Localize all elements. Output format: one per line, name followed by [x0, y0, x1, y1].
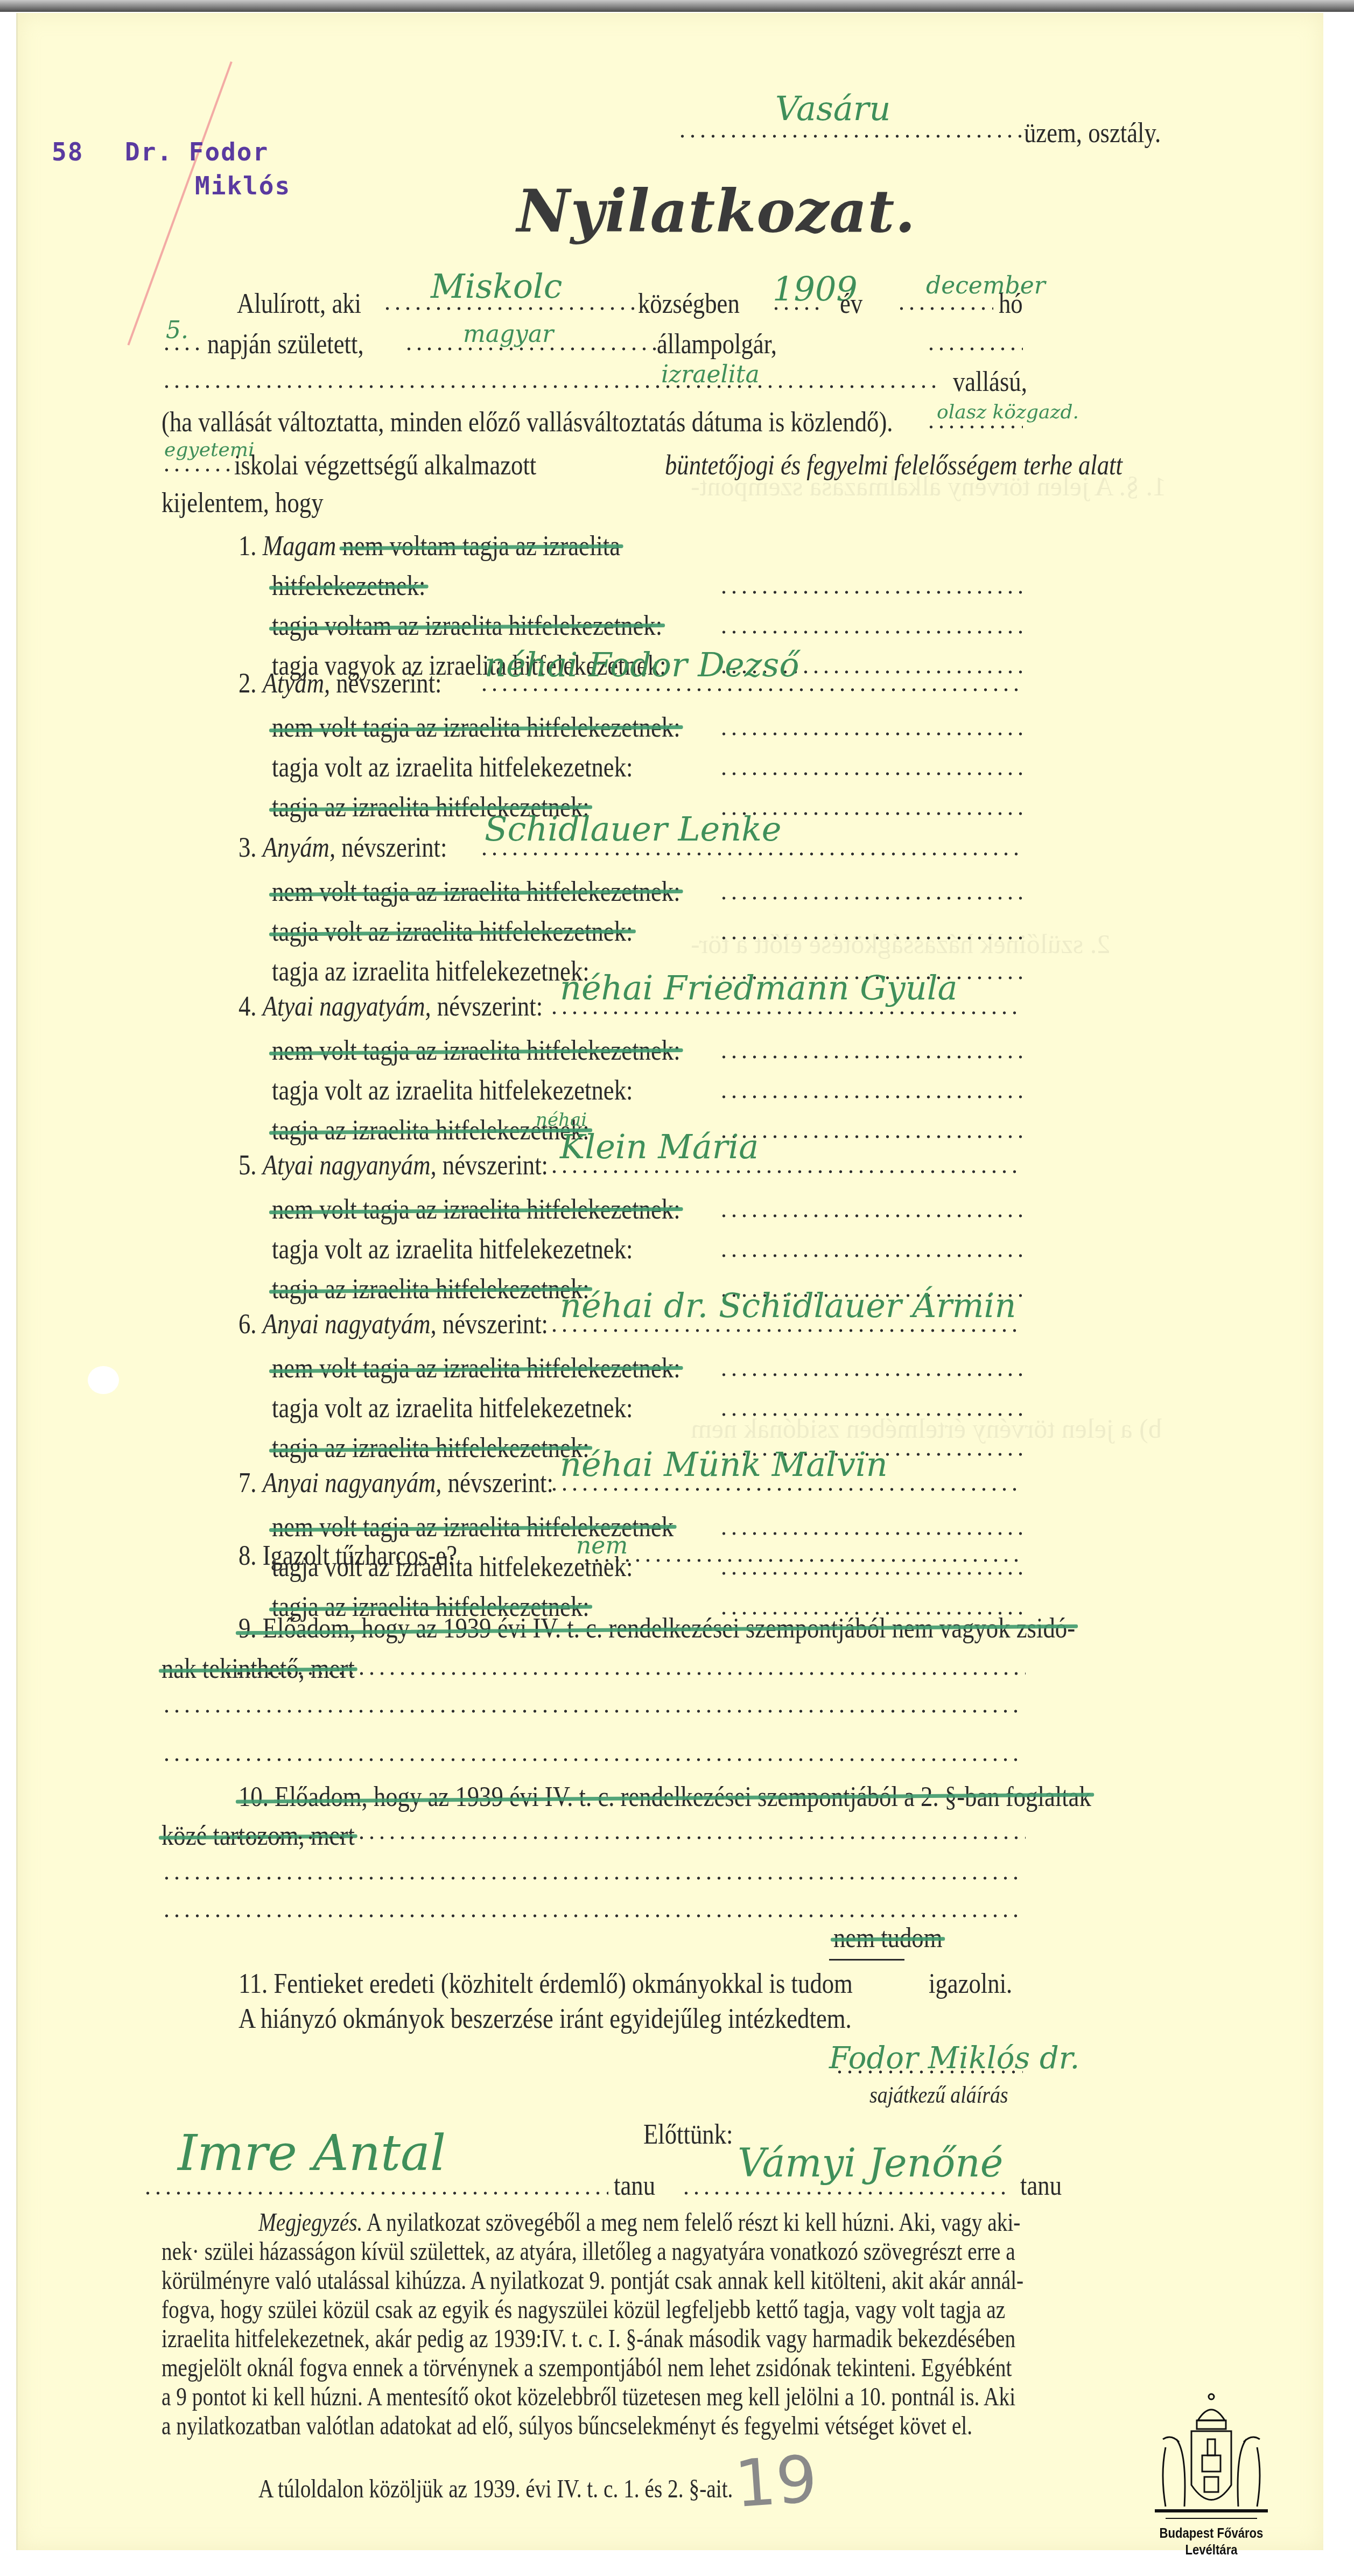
note-line-0: Megjegyzés. A nyilatkozat szövegéből a m…: [258, 2208, 1020, 2237]
item11-text: 11. Fentieket eredeti (közhitelt érdemlő…: [238, 1968, 853, 2000]
dotline: [479, 852, 1023, 856]
dotline: [549, 1170, 1023, 1173]
dotline: [549, 1011, 1023, 1014]
item11-struck-option: nem tudom: [833, 1922, 942, 1954]
item-option: nem voltam tagja az izraelita: [342, 530, 621, 562]
education-field-part1[interactable]: olasz közgazd.: [937, 401, 1079, 423]
scanner-edge: [0, 0, 1354, 12]
dotline: [719, 897, 1023, 900]
label-kozsegben: községben: [638, 288, 740, 320]
dotline: [719, 1413, 1023, 1416]
item-option-row: tagja volt az izraelita hitfelekezetnek:: [272, 916, 633, 948]
label-allampolgar: állampolgár,: [657, 328, 777, 360]
item11-line2: A hiányzó okmányok beszerzése iránt egyi…: [238, 2003, 852, 2035]
dotline: [162, 1710, 1023, 1713]
dotline: [719, 1095, 1023, 1098]
dotline: [719, 732, 1023, 736]
item-option: nem volt tagja az izraelita hitfelekezet…: [272, 1353, 680, 1384]
item10-line1: 10. Előadom, hogy az 1939 évi IV. t. c. …: [238, 1781, 1091, 1813]
item-option-row: nem volt tagja az izraelita hitfelekezet…: [272, 876, 680, 908]
item9-struck-text: 9. Előadom, hogy az 1939 évi IV. t. c. r…: [238, 1613, 1075, 1644]
item11-text-after: igazolni.: [929, 1968, 1012, 2000]
item-heading: 6. Anyai nagyatyám, névszerint:: [238, 1308, 548, 1340]
dotline: [719, 1572, 1023, 1575]
name-label: névszerint:: [336, 668, 441, 699]
department-label: üzem, osztály.: [1024, 117, 1161, 149]
label-alulirott: Alulírott, aki: [237, 288, 361, 320]
item-option-row: tagja volt az izraelita hitfelekezetnek:: [272, 1392, 633, 1424]
name-field[interactable]: Klein Mária: [560, 1127, 759, 1166]
option-underline: [829, 1959, 904, 1961]
dotline: [719, 1135, 1023, 1138]
item-heading: 7. Anyai nagyanyám, névszerint:: [238, 1467, 553, 1499]
name-field[interactable]: néhai Friedmann Gyula: [560, 968, 958, 1007]
item-option: tagja voltam az izraelita hitfelekezetne…: [272, 610, 662, 642]
item-number: 7.: [238, 1468, 257, 1499]
dotline: [162, 1758, 1023, 1761]
file-number: 58: [52, 137, 83, 166]
label-vallasu: vallású,: [953, 366, 1027, 398]
item-option: hitfelekezetnek:: [272, 570, 426, 602]
birth-day-field[interactable]: 5.: [166, 317, 188, 344]
name-field[interactable]: Schidlauer Lenke: [485, 809, 781, 849]
dotline: [143, 2192, 608, 2195]
item8-label: 8. Igazolt tűzharcos-e?: [238, 1540, 457, 1572]
dotline: [719, 1532, 1023, 1535]
note-line: fogva, hogy szülei közül csak az egyik é…: [162, 2295, 1005, 2325]
item-relation: Anyai nagyanyám,: [263, 1468, 442, 1499]
citizenship-field[interactable]: magyar: [463, 320, 553, 348]
department-dotline: [677, 135, 1022, 138]
dotline: [549, 1488, 1023, 1491]
label-iskolai: iskolai végzettségű alkalmazott: [234, 450, 536, 481]
item-option-row: nem volt tagja az izraelita hitfelekezet…: [272, 1035, 680, 1067]
birthplace-field[interactable]: Miskolc: [431, 267, 563, 306]
name-label: névszerint:: [437, 991, 543, 1022]
dotline: [719, 631, 1023, 634]
note-line: nek· szülei házasságon kívül születtek, …: [162, 2237, 1015, 2266]
item-option-row: nem volt tagja az izraelita hitfelekezet…: [272, 1194, 680, 1226]
religion-change-note: (ha vallását változtatta, minden előző v…: [162, 407, 893, 438]
item-relation: Anyám,: [263, 832, 335, 863]
bleed-through-text: 2. szülőinek házasságkötése előtt a tör-: [691, 928, 1110, 960]
witness2-label: tanu: [1020, 2170, 1062, 2202]
item-option-row: nem volt tagja az izraelita hitfelekezet…: [272, 1353, 680, 1384]
dotline: [719, 772, 1023, 775]
dotline: [834, 2070, 1023, 2074]
item-relation: Atyai nagyanyám,: [263, 1150, 437, 1181]
item-relation: Atyai nagyatyám,: [263, 991, 431, 1022]
page-number: 19: [732, 2442, 819, 2522]
dotline: [719, 1373, 1023, 1376]
label-napjan: napján született,: [207, 328, 364, 360]
item-option: tagja volt az izraelita hitfelekezetnek:: [272, 1234, 633, 1265]
witness1-signature[interactable]: Imre Antal: [178, 2124, 446, 2182]
note-line: a nyilatkozatban valótlan adatokat ad el…: [162, 2411, 972, 2441]
note-line: körülményre való utalással kihúzza. A ny…: [162, 2266, 1023, 2295]
dotline: [681, 2192, 1012, 2195]
dotline: [223, 1836, 1026, 1839]
note-label: Megjegyzés.: [258, 2208, 362, 2237]
item-option: tagja volt az izraelita hitfelekezetnek:: [272, 916, 633, 948]
dotline: [479, 688, 1023, 691]
dotline: [162, 385, 942, 388]
item-option-row: hitfelekezetnek:: [272, 570, 426, 602]
dotline: [162, 1914, 1023, 1917]
dotline: [719, 591, 1023, 594]
dotline: [926, 425, 1023, 429]
label-kijelentem: kijelentem, hogy: [162, 487, 324, 519]
birth-month-field[interactable]: december: [926, 272, 1046, 299]
label-responsibility: büntetőjogi és fegyelmi felelősségem ter…: [665, 450, 1123, 481]
note-line: izraelita hitfelekezetnek, akár pedig az…: [162, 2324, 1015, 2354]
witness1-label: tanu: [614, 2170, 655, 2202]
red-pencil-mark: [127, 61, 232, 346]
item9-line2: nak tekinthető, mert: [162, 1653, 355, 1685]
item11-option: nem tudom: [833, 1922, 942, 1954]
dotline: [581, 1559, 1023, 1562]
item-option: nem volt tagja az izraelita hitfelekezet…: [272, 876, 680, 908]
note-text: A nyilatkozat szövegéből a meg nem felel…: [367, 2208, 1020, 2237]
item-option: nem volt tagja az izraelita hitfelekezet…: [272, 1035, 680, 1067]
name-label: névszerint:: [448, 1468, 553, 1499]
item-option-row: nem volt tagja az izraelita hitfelekezet…: [272, 712, 680, 744]
witness2-signature[interactable]: Vámyi Jenőné: [738, 2140, 1003, 2186]
item-number: 1.: [238, 531, 257, 562]
item-option: tagja az izraelita hitfelekezetnek:: [272, 1432, 590, 1464]
item-option: tagja volt az izraelita hitfelekezetnek:: [272, 1075, 633, 1106]
item-number: 5.: [238, 1150, 257, 1181]
typed-name-line1: Dr. Fodor: [125, 137, 269, 166]
item8-answer[interactable]: nem: [576, 1532, 628, 1559]
item-heading: 3. Anyám, névszerint:: [238, 832, 447, 864]
item-option: tagja az izraelita hitfelekezetnek:: [272, 956, 590, 987]
item-heading: 4. Atyai nagyatyám, névszerint:: [238, 991, 543, 1023]
note-line: a 9 pontot ki kell húzni. A mentesítő ok…: [162, 2382, 1015, 2412]
item-relation: Magam: [263, 531, 336, 562]
punch-hole: [88, 1366, 119, 1394]
dotline: [162, 347, 205, 351]
witness-heading: Előttünk:: [643, 2119, 733, 2151]
item-option-row: tagja az izraelita hitfelekezetnek:: [272, 1273, 590, 1305]
dotline: [382, 307, 635, 310]
name-label: névszerint:: [443, 1309, 548, 1340]
dotline: [162, 1877, 1023, 1880]
dotline: [926, 347, 1023, 351]
dotline: [549, 1329, 1023, 1332]
item-option-row: tagja az izraelita hitfelekezetnek:: [272, 956, 590, 988]
name-field[interactable]: néhai Fodor Dezső: [485, 645, 799, 684]
item-option-row: tagja volt az izraelita hitfelekezetnek:: [272, 752, 633, 783]
item-number: 6.: [238, 1309, 257, 1340]
dotline: [719, 1214, 1023, 1217]
name-field[interactable]: néhai Münk Malvin: [560, 1445, 888, 1484]
dotline: [223, 1672, 1026, 1675]
archive-stamp: Budapest Főváros Levéltára: [1133, 2388, 1289, 2558]
note-line: megjelölt oknál fogva ennek a törvénynek…: [162, 2353, 1012, 2383]
label-ho: hó: [999, 288, 1023, 320]
label-ev: év: [840, 288, 862, 320]
typed-name-line2: Miklós: [195, 171, 291, 200]
item9-struck-text: nak tekinthető, mert: [162, 1653, 355, 1685]
item-relation: Anyai nagyatyám,: [263, 1309, 437, 1340]
item-heading: 2. Atyám, névszerint:: [238, 668, 442, 699]
name-label: névszerint:: [341, 832, 447, 863]
item-option: tagja az izraelita hitfelekezetnek:: [272, 1273, 590, 1305]
name-prefix[interactable]: néhai: [536, 1109, 587, 1131]
religion-field[interactable]: izraelita: [661, 361, 760, 388]
item-number: 3.: [238, 832, 257, 863]
item-number: 2.: [238, 668, 257, 699]
name-label: névszerint:: [443, 1150, 548, 1181]
item-number: 4.: [238, 991, 257, 1022]
item-option-row: tagja volt az izraelita hitfelekezetnek:: [272, 1234, 633, 1265]
item-option-row: tagja volt az izraelita hitfelekezetnek:: [272, 1075, 633, 1107]
bleed-through-text: b) a jelen törvény értelmében zsidónak n…: [691, 1413, 1162, 1444]
coat-of-arms-icon: [1133, 2388, 1289, 2523]
note-footer: A túloldalon közöljük az 1939. évi IV. t…: [258, 2474, 733, 2504]
item-option: nem volt tagja az izraelita hitfelekezet…: [272, 712, 680, 744]
archive-label: Budapest Főváros Levéltára: [1145, 2525, 1278, 2558]
item-option-row: tagja az izraelita hitfelekezetnek:: [272, 1432, 590, 1464]
item-option: tagja volt az izraelita hitfelekezetnek:: [272, 1393, 633, 1424]
item-option-row: tagja voltam az izraelita hitfelekezetne…: [272, 610, 662, 642]
item-option: tagja volt az izraelita hitfelekezetnek:: [272, 752, 633, 783]
dotline: [896, 307, 993, 310]
dotline: [162, 468, 231, 472]
dotline: [719, 1055, 1023, 1059]
dotline: [719, 1254, 1023, 1257]
item-heading: 5. Atyai nagyanyám, névszerint:: [238, 1150, 548, 1181]
own-signature-label: sajátkezű aláírás: [869, 2081, 1008, 2109]
item9-line1: 9. Előadom, hogy az 1939 évi IV. t. c. r…: [238, 1613, 1075, 1644]
item10-struck-text: 10. Előadom, hogy az 1939 évi IV. t. c. …: [238, 1781, 1091, 1813]
dotline: [719, 936, 1023, 940]
item-relation: Atyám,: [263, 668, 330, 699]
item-heading: 1. Magam nem voltam tagja az izraelita: [238, 530, 620, 562]
item-option: nem volt tagja az izraelita hitfelekezet…: [272, 1194, 680, 1226]
name-field[interactable]: néhai dr. Schidlauer Ármin: [560, 1286, 1016, 1325]
document-title: Nyilatkozat.: [517, 178, 916, 246]
department-field[interactable]: Vasáru: [775, 89, 890, 128]
